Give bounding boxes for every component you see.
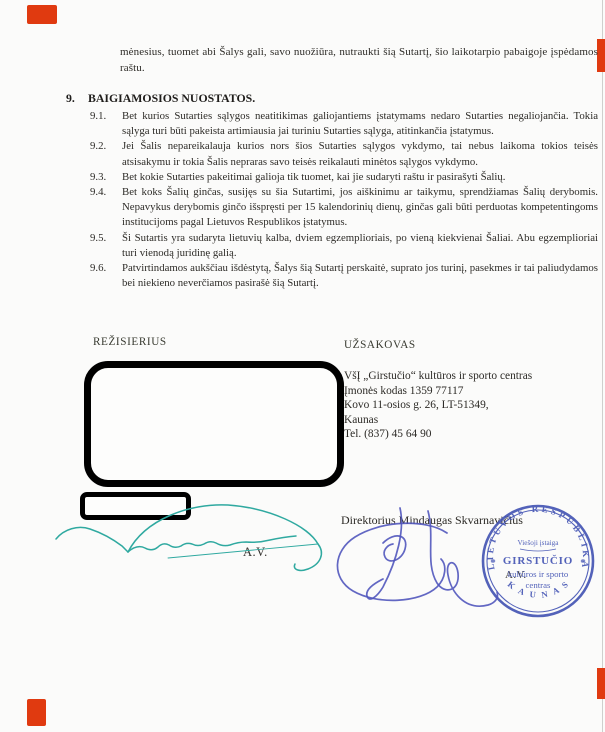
clause-number: 9.1. (90, 109, 122, 139)
red-scan-mark-bottom-left (27, 699, 46, 726)
clause-9-4: 9.4. Bet koks Šalių ginčas, susijęs su š… (90, 185, 598, 231)
stamp-star-right: * (580, 557, 586, 569)
stamp-name-girstucio: GIRSTUČIO (503, 554, 573, 567)
red-scan-mark-top-left (27, 5, 57, 24)
stamp-line-viesoji-istaiga: Viešoji įstaiga (518, 539, 560, 547)
org-street-line: Kovo 11-osios g. 26, LT-51349, (344, 398, 532, 413)
clause-9-5: 9.5. Ši Sutartis yra sudaryta lietuvių k… (90, 231, 598, 261)
clause-text: Jei Šalis nepareikalauja kurios nors šio… (122, 139, 598, 169)
left-party-label: REŽISIERIUS (93, 336, 167, 348)
clause-number: 9.5. (90, 231, 122, 261)
stamp-line-kulturos-ir-sporto: kultūros ir sporto (508, 569, 569, 579)
director-signature-ink (325, 495, 500, 635)
clause-text: Bet koks Šalių ginčas, susijęs su šia Su… (122, 185, 598, 231)
clause-9-6: 9.6. Patvirtindamos aukščiau išdėstytą, … (90, 261, 598, 291)
clause-text: Ši Sutartis yra sudaryta lietuvių kalba,… (122, 231, 598, 261)
clause-9-1: 9.1. Bet kurios Sutarties sąlygos neatit… (90, 109, 598, 139)
red-scan-mark-right-top (597, 39, 605, 72)
org-code-line: Įmonės kodas 1359 77117 (344, 384, 532, 399)
clause-list: 9.1. Bet kurios Sutarties sąlygos neatit… (90, 109, 598, 291)
left-signature-ink (50, 498, 335, 583)
clause-number: 9.2. (90, 139, 122, 169)
clause-9-2: 9.2. Jei Šalis nepareikalauja kurios nor… (90, 139, 598, 169)
section-heading: 9.BAIGIAMOSIOS NUOSTATOS. (66, 91, 586, 106)
clause-text: Bet kurios Sutarties sąlygos neatitikima… (122, 109, 598, 139)
clause-number: 9.4. (90, 185, 122, 231)
clause-number: 9.3. (90, 170, 122, 185)
clause-number: 9.6. (90, 261, 122, 291)
red-scan-mark-right-bottom (597, 668, 605, 699)
scanned-contract-page: mėnesius, tuomet abi Šalys gali, savo nu… (0, 0, 605, 732)
org-city-line: Kaunas (344, 413, 532, 428)
stamp-line-centras: centras (526, 580, 551, 590)
right-party-details: VšĮ „Girstučio“ kultūros ir sporto centr… (344, 369, 532, 442)
scan-edge-line (602, 0, 603, 732)
clause-text: Patvirtindamos aukščiau išdėstytą, Šalys… (122, 261, 598, 291)
org-phone-line: Tel. (837) 45 64 90 (344, 427, 532, 442)
org-name-line: VšĮ „Girstučio“ kultūros ir sporto centr… (344, 369, 532, 384)
clause-9-3: 9.3. Bet kokie Sutarties pakeitimai gali… (90, 170, 598, 185)
clause-text: Bet kokie Sutarties pakeitimai galioja t… (122, 170, 598, 185)
section-number: 9. (66, 91, 88, 106)
redaction-box-large (84, 361, 344, 487)
right-party-label: UŽSAKOVAS (344, 339, 416, 351)
intro-paragraph: mėnesius, tuomet abi Šalys gali, savo nu… (120, 44, 598, 76)
section-title: BAIGIAMOSIOS NUOSTATOS. (88, 91, 255, 105)
